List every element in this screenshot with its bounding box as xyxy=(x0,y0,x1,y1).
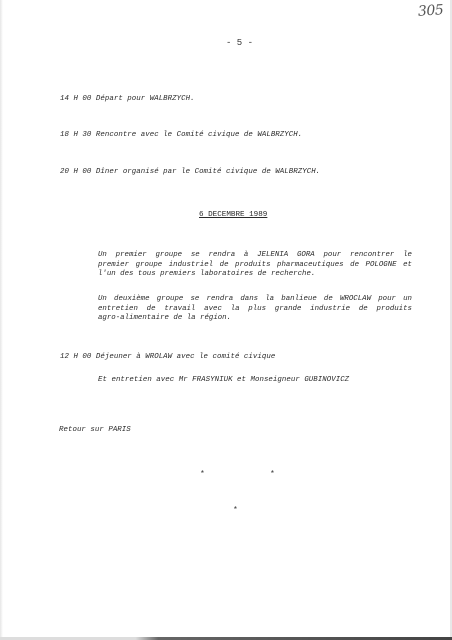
schedule-item-2: 18 H 30 Rencontre avec le Comité civique… xyxy=(60,131,302,139)
schedule-item-lunch: 12 H 00 Déjeuner à WROLAW avec le comité… xyxy=(60,353,275,361)
schedule-text: Départ pour WALBRZYCH. xyxy=(96,95,195,103)
schedule-item-3: 20 H 00 Dîner organisé par le Comité civ… xyxy=(60,168,320,176)
schedule-time: 12 H 00 xyxy=(60,353,91,361)
paragraph-line: agro-alimentaire de la région. xyxy=(98,314,412,324)
paragraph-line: Un premier groupe se rendra à JELENIA GO… xyxy=(98,251,412,261)
paragraph-line: entretien de travail avec la plus grande… xyxy=(98,305,412,315)
paragraph-line: premier groupe industriel de produits ph… xyxy=(98,261,412,271)
paragraph-group-1: Un premier groupe se rendra à JELENIA GO… xyxy=(98,251,412,280)
schedule-text: Dîner organisé par le Comité civique de … xyxy=(96,168,320,176)
schedule-text: Rencontre avec le Comité civique de WALB… xyxy=(96,131,302,139)
separator-star: * xyxy=(233,506,238,515)
separator-star: * xyxy=(200,470,205,479)
schedule-time: 18 H 30 xyxy=(60,131,91,139)
paragraph-group-2: Un deuxième groupe se rendra dans la ban… xyxy=(98,295,412,324)
lunch-followup: Et entretien avec Mr FRASYNIUK et Monsei… xyxy=(98,376,349,384)
schedule-text: Déjeuner à WROLAW avec le comité civique xyxy=(96,353,275,361)
separator-star: * xyxy=(270,470,275,479)
paragraph-line: Un deuxième groupe se rendra dans la ban… xyxy=(98,295,412,305)
page-number: - 5 - xyxy=(226,38,253,48)
scan-edge-left xyxy=(0,0,3,640)
schedule-item-1: 14 H 00 Départ pour WALBRZYCH. xyxy=(60,95,195,103)
handwritten-folio-number: 305 xyxy=(417,2,443,20)
schedule-time: 20 H 00 xyxy=(60,168,91,176)
return-note: Retour sur PARIS xyxy=(59,426,131,434)
paragraph-line: l'un des tous premiers laboratoires de r… xyxy=(98,270,412,280)
section-date-heading: 6 DECEMBRE 1989 xyxy=(199,211,267,219)
schedule-time: 14 H 00 xyxy=(60,95,91,103)
document-page: 305 - 5 - 14 H 00 Départ pour WALBRZYCH.… xyxy=(0,0,452,640)
